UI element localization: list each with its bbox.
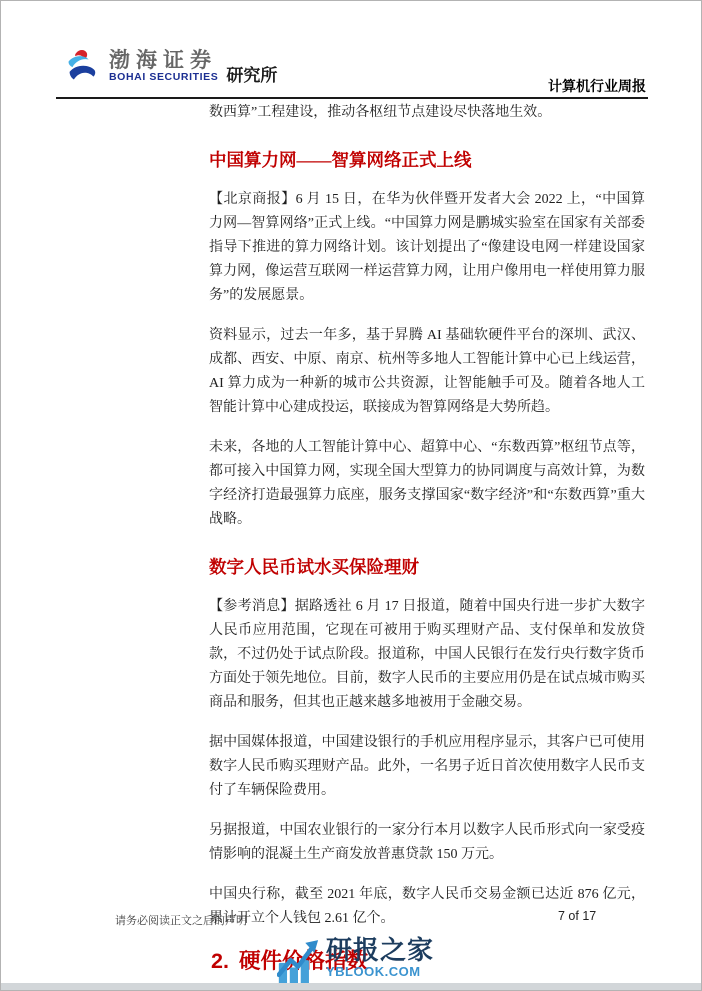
paragraph: 未来，各地的人工智能计算中心、超算中心、“东数西算”枢纽节点等，都可接入中国算力… <box>209 436 645 532</box>
bohai-logo-icon <box>61 49 103 91</box>
watermark: 研报之家 YBLOOK.COM <box>277 937 434 987</box>
paragraph: 中国央行称，截至 2021 年底，数字人民币交易金额已达近 876 亿元，累计开… <box>209 883 645 931</box>
paragraph: 【北京商报】6 月 15 日，在华为伙伴暨开发者大会 2022 上，“中国算力网… <box>209 188 645 308</box>
body-column: 数西算”工程建设，推动各枢纽节点建设尽快落地生效。 中国算力网——智算网络正式上… <box>209 1 645 975</box>
watermark-name: 研报之家 <box>326 937 434 964</box>
carryover-line: 数西算”工程建设，推动各枢纽节点建设尽快落地生效。 <box>209 101 645 125</box>
brand-name-en: BOHAI SECURITIES <box>109 71 218 83</box>
paragraph: 另据报道，中国农业银行的一家分行本月以数字人民币形式向一家受疫情影响的混凝土生产… <box>209 819 645 867</box>
footer-disclaimer: 请务必阅读正文之后的声明 <box>115 912 247 928</box>
paragraph: 【参考消息】据路透社 6 月 17 日报道，随着中国央行进一步扩大数字人民币应用… <box>209 595 645 715</box>
section-title-digital-rmb: 数字人民币试水买保险理财 <box>209 556 645 579</box>
footer-page-number: 7 of 17 <box>558 909 596 923</box>
watermark-site: YBLOOK.COM <box>326 964 434 979</box>
chart-arrow-icon <box>277 937 319 987</box>
section-title-china-computing-net: 中国算力网——智算网络正式上线 <box>209 149 645 172</box>
bottom-edge-strip <box>1 983 702 990</box>
report-page: 渤海证券 BOHAI SECURITIES 研究所 计算机行业周报 数西算”工程… <box>0 0 702 991</box>
paragraph: 资料显示，过去一年多，基于昇腾 AI 基础软硬件平台的深圳、武汉、成都、西安、中… <box>209 324 645 420</box>
brand-name-cn: 渤海证券 <box>109 49 218 71</box>
paragraph: 据中国媒体报道，中国建设银行的手机应用程序显示，其客户已可使用数字人民币购买理财… <box>209 731 645 803</box>
next-section-number: 2. <box>211 949 229 973</box>
watermark-text: 研报之家 YBLOOK.COM <box>326 937 434 979</box>
brand-text: 渤海证券 BOHAI SECURITIES <box>109 49 218 83</box>
